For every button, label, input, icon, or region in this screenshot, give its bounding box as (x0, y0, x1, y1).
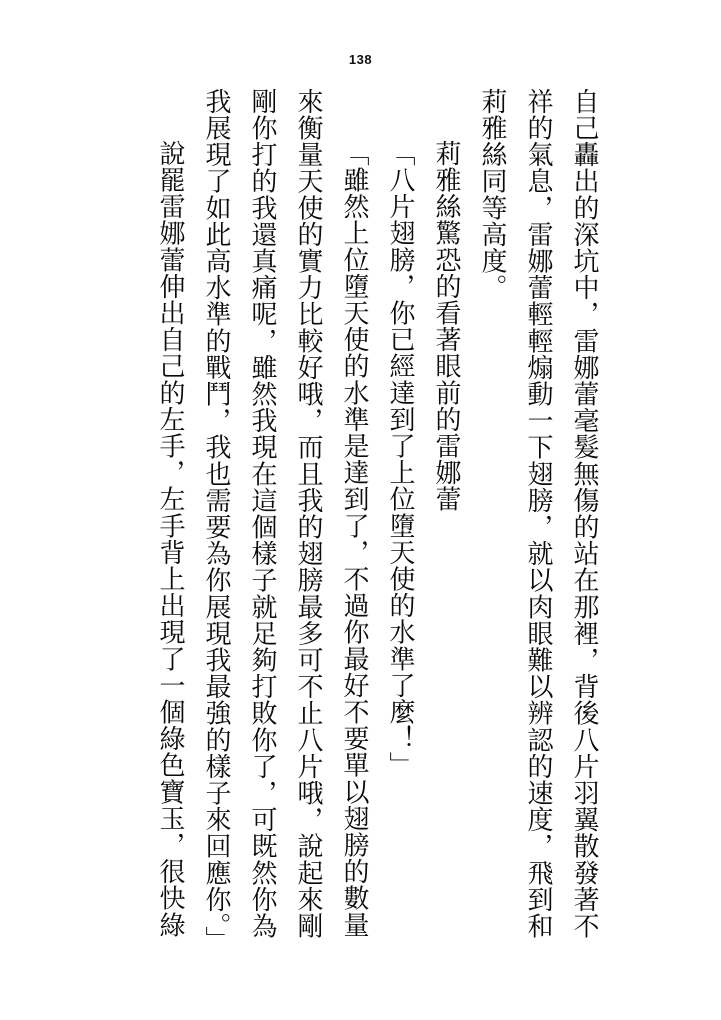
book-page: 138 自己轟出的深坑中，雷娜蕾毫髮無傷的站在那裡，背後八片羽翼散發著不祥的氣息… (0, 0, 721, 1020)
page-number: 138 (0, 52, 721, 67)
paragraph-dialogue: 「八片翅膀，你已經達到了上位墮天使的水準了麼！」 (377, 88, 423, 940)
paragraph-dialogue: 「雖然上位墮天使的水準是達到了，不過你最好不要單以翅膀的數量來衡量天使的實力比較… (193, 88, 377, 940)
paragraph: 莉雅絲驚恐的看著眼前的雷娜蕾 (423, 88, 469, 940)
paragraph: 說罷雷娜蕾伸出自己的左手，左手背上出現了一個綠色寶玉，很快綠 (147, 88, 193, 940)
vertical-text-area: 自己轟出的深坑中，雷娜蕾毫髮無傷的站在那裡，背後八片羽翼散發著不祥的氣息，雷娜蕾… (147, 88, 607, 940)
paragraph-continuation: 自己轟出的深坑中，雷娜蕾毫髮無傷的站在那裡，背後八片羽翼散發著不祥的氣息，雷娜蕾… (469, 88, 607, 940)
